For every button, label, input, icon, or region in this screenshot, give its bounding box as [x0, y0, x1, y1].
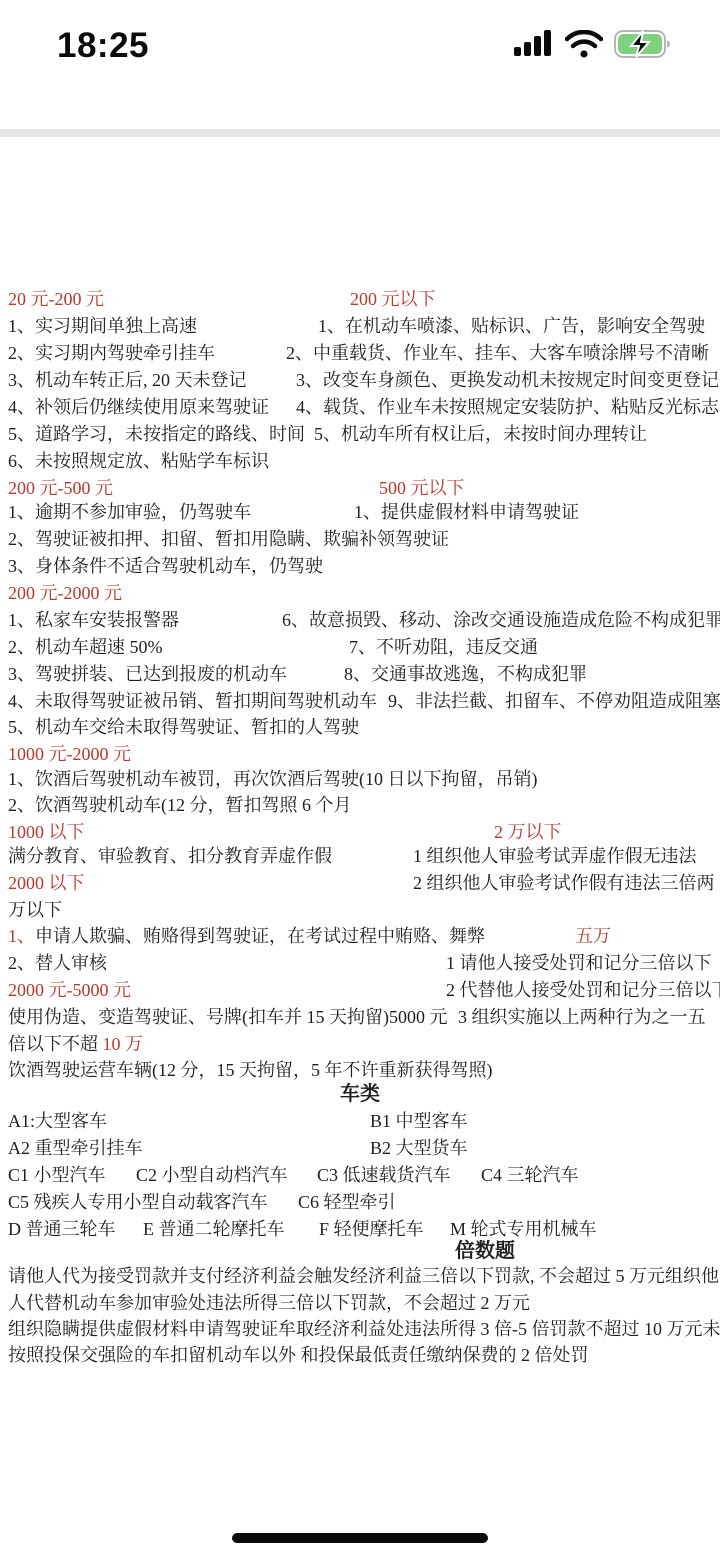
text-column: C1 小型汽车 — [8, 1162, 106, 1189]
text-segment: B1 中型客车 — [370, 1111, 468, 1131]
text-column: 1、实习期间单独上高速 — [8, 313, 197, 340]
text-column: 万以下 — [8, 897, 62, 924]
text-line: 5、道路学习，未按指定的路线、时间5、机动车所有权让后，未按时间办理转让 — [0, 421, 720, 448]
text-column: 1、在机动车喷漆、贴标识、广告，影响安全驾驶 — [318, 313, 705, 340]
text-column: C3 低速载货汽车 — [317, 1162, 451, 1189]
phone-screen: 18:25 — [0, 0, 720, 1558]
text-line: 1、申请人欺骗、贿赂得到驾驶证，在考试过程中贿赂、舞弊五万 — [0, 923, 720, 950]
text-segment: 万以下 — [8, 900, 62, 920]
text-line: 2、实习期内驾驶牵引挂车2、中重载货、作业车、挂车、大客车喷涂牌号不清晰 — [0, 340, 720, 367]
text-column: 3 组织实施以上两种行为之一五 — [458, 1004, 706, 1031]
text-line: 按照投保交强险的车扣留机动车以外 和投保最低责任缴纳保费的 2 倍处罚 — [0, 1342, 720, 1369]
text-segment: 2、驾驶证被扣押、扣留、暂扣用隐瞒、欺骗补领驾驶证 — [8, 529, 449, 549]
text-segment: 1、在机动车喷漆、贴标识、广告，影响安全驾驶 — [318, 316, 705, 336]
text-line: 1、逾期不参加审验，仍驾驶车1、提供虚假材料申请驾驶证 — [0, 499, 720, 526]
text-line: 5、机动车交给未取得驾驶证、暂扣的人驾驶 — [0, 714, 720, 741]
text-column: A2 重型牵引挂车 — [8, 1135, 143, 1162]
text-segment: 倍以下不超 — [8, 1034, 103, 1054]
text-column: 组织隐瞒提供虚假材料申请驾驶证牟取经济利益处违法所得 3 倍-5 倍罚款不超过 … — [8, 1316, 720, 1343]
text-line: 3、机动车转正后, 20 天未登记3、改变车身颜色、更换发动机未按规定时间变更登… — [0, 367, 720, 394]
text-segment: 1、逾期不参加审验，仍驾驶车 — [8, 502, 251, 522]
text-segment: 7、不听劝阻，违反交通 — [349, 637, 538, 657]
text-column: 2、机动车超速 50% — [8, 634, 163, 661]
text-segment: 2000 元-5000 元 — [8, 980, 131, 1000]
text-column: 3、改变车身颜色、更换发动机未按规定时间变更登记 — [296, 367, 719, 394]
text-segment: C1 小型汽车 — [8, 1165, 106, 1185]
text-column: 200 元-500 元 — [8, 475, 113, 502]
text-segment: 饮酒驾驶运营车辆(12 分，15 天拘留，5 年不许重新获得驾照) — [8, 1060, 493, 1080]
text-column: 2、替人审核 — [8, 950, 107, 977]
text-segment: 1、私家车安装报警器 — [8, 610, 179, 630]
text-segment: C4 三轮汽车 — [481, 1165, 579, 1185]
text-line: 3、驾驶拼装、已达到报废的机动车8、交通事故逃逸，不构成犯罪 — [0, 661, 720, 688]
text-line: C5 残疾人专用小型自动载客汽车C6 轻型牵引 — [0, 1189, 720, 1216]
text-line: 车类 — [0, 1081, 720, 1108]
text-segment: M 轮式专用机械车 — [450, 1219, 597, 1239]
text-segment: C2 小型自动档汽车 — [136, 1165, 288, 1185]
text-column: 8、交通事故逃逸，不构成犯罪 — [344, 661, 587, 688]
text-line: 2、饮酒驾驶机动车(12 分，暂扣驾照 6 个月 — [0, 792, 720, 819]
text-column: 500 元以下 — [379, 475, 465, 502]
text-column: 6、故意损毁、移动、涂改交通设施造成危险不构成犯罪 — [282, 607, 720, 634]
text-line: 3、身体条件不适合驾驶机动车，仍驾驶 — [0, 553, 720, 580]
text-column: 按照投保交强险的车扣留机动车以外 和投保最低责任缴纳保费的 2 倍处罚 — [8, 1342, 589, 1369]
text-column: 1 请他人接受处罚和记分三倍以下 — [446, 950, 712, 977]
text-column: 2 代替他人接受处罚和记分三倍以下 — [446, 977, 720, 1004]
text-column: 3、身体条件不适合驾驶机动车，仍驾驶 — [8, 553, 323, 580]
text-line: 1000 以下2 万以下 — [0, 819, 720, 846]
text-segment: 倍数题 — [455, 1240, 515, 1262]
text-column: 使用伪造、变造驾驶证、号牌(扣车并 15 天拘留)5000 元 — [8, 1004, 448, 1031]
text-column: C5 残疾人专用小型自动载客汽车 — [8, 1189, 268, 1216]
text-segment: 20 元-200 元 — [8, 289, 104, 309]
text-line: 2000 元-5000 元2 代替他人接受处罚和记分三倍以下 — [0, 977, 720, 1004]
document-body: 20 元-200 元200 元以下1、实习期间单独上高速1、在机动车喷漆、贴标识… — [0, 0, 720, 1558]
text-line: 饮酒驾驶运营车辆(12 分，15 天拘留，5 年不许重新获得驾照) — [0, 1057, 720, 1084]
text-column: 4、未取得驾驶证被吊销、暂扣期间驾驶机动车 — [8, 688, 377, 715]
text-segment: 5、机动车交给未取得驾驶证、暂扣的人驾驶 — [8, 717, 359, 737]
home-indicator-bar[interactable] — [232, 1533, 488, 1543]
text-segment: 1、实习期间单独上高速 — [8, 316, 197, 336]
text-segment: 200 元以下 — [350, 289, 436, 309]
text-segment: 10 万 — [103, 1034, 144, 1054]
text-line: 200 元-2000 元 — [0, 580, 720, 607]
text-line: C1 小型汽车C2 小型自动档汽车C3 低速载货汽车C4 三轮汽车 — [0, 1162, 720, 1189]
text-segment: C5 残疾人专用小型自动载客汽车 — [8, 1192, 268, 1212]
text-column: 2、饮酒驾驶机动车(12 分，暂扣驾照 6 个月 — [8, 792, 352, 819]
text-segment: 1、饮酒后驾驶机动车被罚，再次饮酒后驾驶(10 日以下拘留，吊销) — [8, 769, 538, 789]
text-line: 2、替人审核1 请他人接受处罚和记分三倍以下 — [0, 950, 720, 977]
text-line: 万以下 — [0, 897, 720, 924]
text-line: 请他人代为接受罚款并支付经济利益会触发经济利益三倍以下罚款, 不会超过 5 万元… — [0, 1263, 720, 1290]
text-segment: 4、载货、作业车未按照规定安装防护、粘贴反光标志 — [296, 397, 719, 417]
text-segment: 人代替机动车参加审验处违法所得三倍以下罚款，不会超过 2 万元 — [8, 1293, 530, 1313]
text-segment: 500 元以下 — [379, 478, 465, 498]
text-column: 车类 — [340, 1081, 380, 1108]
text-line: 组织隐瞒提供虚假材料申请驾驶证牟取经济利益处违法所得 3 倍-5 倍罚款不超过 … — [0, 1316, 720, 1343]
text-column: 2、实习期内驾驶牵引挂车 — [8, 340, 215, 367]
text-column: 200 元以下 — [350, 286, 436, 313]
text-segment: 200 元-500 元 — [8, 478, 113, 498]
text-segment: 使用伪造、变造驾驶证、号牌(扣车并 15 天拘留)5000 元 — [8, 1007, 448, 1027]
text-column: 5、机动车交给未取得驾驶证、暂扣的人驾驶 — [8, 714, 359, 741]
text-column: 1、申请人欺骗、贿赂得到驾驶证，在考试过程中贿赂、舞弊 — [8, 923, 485, 950]
text-segment: B2 大型货车 — [370, 1138, 468, 1158]
text-column: 1000 以下 — [8, 819, 85, 846]
text-segment: 1000 元-2000 元 — [8, 744, 131, 764]
text-segment: 3、改变车身颜色、更换发动机未按规定时间变更登记 — [296, 370, 719, 390]
text-segment: 1000 以下 — [8, 822, 85, 842]
text-line: A1:大型客车B1 中型客车 — [0, 1108, 720, 1135]
text-column: 2000 元-5000 元 — [8, 977, 131, 1004]
text-line: 1、私家车安装报警器6、故意损毁、移动、涂改交通设施造成危险不构成犯罪 — [0, 607, 720, 634]
text-column: C2 小型自动档汽车 — [136, 1162, 288, 1189]
text-segment: 车类 — [340, 1083, 380, 1105]
text-segment: C6 轻型牵引 — [298, 1192, 396, 1212]
text-segment: 3、驾驶拼装、已达到报废的机动车 — [8, 664, 287, 684]
text-segment: A2 重型牵引挂车 — [8, 1138, 143, 1158]
text-line: 200 元-500 元500 元以下 — [0, 475, 720, 502]
text-line: 2、驾驶证被扣押、扣留、暂扣用隐瞒、欺骗补领驾驶证 — [0, 526, 720, 553]
text-column: 9、非法拦截、扣留车、不停劝阻造成阻塞 — [388, 688, 720, 715]
text-segment: A1:大型客车 — [8, 1111, 107, 1131]
text-column: 5、道路学习，未按指定的路线、时间 — [8, 421, 305, 448]
text-column: 满分教育、审验教育、扣分教育弄虚作假 — [8, 843, 332, 870]
text-line: 满分教育、审验教育、扣分教育弄虚作假1 组织他人审验考试弄虚作假无违法 — [0, 843, 720, 870]
text-column: 五万 — [575, 923, 611, 950]
text-line: 2000 以下2 组织他人审验考试作假有违法三倍两 — [0, 870, 720, 897]
text-line: 6、未按照规定放、粘贴学车标识 — [0, 448, 720, 475]
text-segment: 2 代替他人接受处罚和记分三倍以下 — [446, 980, 720, 1000]
text-line: 倍以下不超 10 万 — [0, 1031, 720, 1058]
text-segment: 1 请他人接受处罚和记分三倍以下 — [446, 953, 712, 973]
text-line: 1、饮酒后驾驶机动车被罚，再次饮酒后驾驶(10 日以下拘留，吊销) — [0, 766, 720, 793]
text-column: A1:大型客车 — [8, 1108, 107, 1135]
text-column: 1、私家车安装报警器 — [8, 607, 179, 634]
text-column: 倍以下不超 10 万 — [8, 1031, 143, 1058]
text-column: C6 轻型牵引 — [298, 1189, 396, 1216]
text-column: 3、驾驶拼装、已达到报废的机动车 — [8, 661, 287, 688]
text-line: 人代替机动车参加审验处违法所得三倍以下罚款，不会超过 2 万元 — [0, 1290, 720, 1317]
text-segment: 4、补领后仍继续使用原来驾驶证 — [8, 397, 269, 417]
text-line: 1000 元-2000 元 — [0, 741, 720, 768]
text-segment: 1、提供虚假材料申请驾驶证 — [354, 502, 579, 522]
text-line: 20 元-200 元200 元以下 — [0, 286, 720, 313]
text-column: 2 万以下 — [494, 819, 562, 846]
text-segment: 按照投保交强险的车扣留机动车以外 和投保最低责任缴纳保费的 2 倍处罚 — [8, 1345, 589, 1365]
text-segment: 2 组织他人审验考试作假有违法三倍两 — [413, 873, 715, 893]
text-segment: 2、中重载货、作业车、挂车、大客车喷涂牌号不清晰 — [286, 343, 709, 363]
text-column: 2、驾驶证被扣押、扣留、暂扣用隐瞒、欺骗补领驾驶证 — [8, 526, 449, 553]
text-segment: 1、 — [8, 926, 35, 946]
text-column: C4 三轮汽车 — [481, 1162, 579, 1189]
text-segment: 2、实习期内驾驶牵引挂车 — [8, 343, 215, 363]
text-column: 6、未按照规定放、粘贴学车标识 — [8, 448, 269, 475]
text-segment: 满分教育、审验教育、扣分教育弄虚作假 — [8, 846, 332, 866]
text-segment: 1 组织他人审验考试弄虚作假无违法 — [413, 846, 697, 866]
text-line: A2 重型牵引挂车B2 大型货车 — [0, 1135, 720, 1162]
text-column: 1000 元-2000 元 — [8, 741, 131, 768]
text-column: 倍数题 — [455, 1238, 515, 1265]
text-line: 4、补领后仍继续使用原来驾驶证4、载货、作业车未按照规定安装防护、粘贴反光标志 — [0, 394, 720, 421]
text-segment: 200 元-2000 元 — [8, 583, 122, 603]
text-column: 1、饮酒后驾驶机动车被罚，再次饮酒后驾驶(10 日以下拘留，吊销) — [8, 766, 538, 793]
text-line: 2、机动车超速 50%7、不听劝阻，违反交通 — [0, 634, 720, 661]
text-line: 1、实习期间单独上高速1、在机动车喷漆、贴标识、广告，影响安全驾驶 — [0, 313, 720, 340]
text-line: 倍数题 — [0, 1238, 720, 1265]
text-segment: 申请人欺骗、贿赂得到驾驶证，在考试过程中贿赂、舞弊 — [35, 926, 485, 946]
text-segment: 4、未取得驾驶证被吊销、暂扣期间驾驶机动车 — [8, 691, 377, 711]
text-column: 2 组织他人审验考试作假有违法三倍两 — [413, 870, 715, 897]
text-segment: 3、机动车转正后, 20 天未登记 — [8, 370, 247, 390]
text-segment: C3 低速载货汽车 — [317, 1165, 451, 1185]
text-column: 2、中重载货、作业车、挂车、大客车喷涂牌号不清晰 — [286, 340, 709, 367]
text-column: 3、机动车转正后, 20 天未登记 — [8, 367, 247, 394]
text-segment: F 轻便摩托车 — [319, 1219, 424, 1239]
text-segment: 9、非法拦截、扣留车、不停劝阻造成阻塞 — [388, 691, 720, 711]
text-segment: 6、故意损毁、移动、涂改交通设施造成危险不构成犯罪 — [282, 610, 720, 630]
text-column: 20 元-200 元 — [8, 286, 104, 313]
text-segment: D 普通三轮车 — [8, 1219, 116, 1239]
text-segment: 2000 以下 — [8, 873, 85, 893]
text-segment: 五万 — [575, 926, 611, 946]
text-column: 请他人代为接受罚款并支付经济利益会触发经济利益三倍以下罚款, 不会超过 5 万元… — [8, 1263, 719, 1290]
text-column: 4、载货、作业车未按照规定安装防护、粘贴反光标志 — [296, 394, 719, 421]
text-segment: 请他人代为接受罚款并支付经济利益会触发经济利益三倍以下罚款, 不会超过 5 万元… — [8, 1266, 719, 1286]
text-segment: 8、交通事故逃逸，不构成犯罪 — [344, 664, 587, 684]
text-segment: 组织隐瞒提供虚假材料申请驾驶证牟取经济利益处违法所得 3 倍-5 倍罚款不超过 … — [8, 1319, 720, 1339]
text-column: B2 大型货车 — [370, 1135, 468, 1162]
text-column: 2000 以下 — [8, 870, 85, 897]
text-column: 5、机动车所有权让后，未按时间办理转让 — [314, 421, 647, 448]
text-column: 饮酒驾驶运营车辆(12 分，15 天拘留，5 年不许重新获得驾照) — [8, 1057, 493, 1084]
text-segment: 5、道路学习，未按指定的路线、时间 — [8, 424, 305, 444]
text-segment: 5、机动车所有权让后，未按时间办理转让 — [314, 424, 647, 444]
text-column: 1、提供虚假材料申请驾驶证 — [354, 499, 579, 526]
text-segment: 3 组织实施以上两种行为之一五 — [458, 1007, 706, 1027]
text-segment: 2、替人审核 — [8, 953, 107, 973]
text-segment: 6、未按照规定放、粘贴学车标识 — [8, 451, 269, 471]
text-column: 1 组织他人审验考试弄虚作假无违法 — [413, 843, 697, 870]
text-column: B1 中型客车 — [370, 1108, 468, 1135]
text-segment: 3、身体条件不适合驾驶机动车，仍驾驶 — [8, 556, 323, 576]
text-segment: 2 万以下 — [494, 822, 562, 842]
text-segment: E 普通二轮摩托车 — [143, 1219, 285, 1239]
text-column: 200 元-2000 元 — [8, 580, 122, 607]
text-segment: 2、饮酒驾驶机动车(12 分，暂扣驾照 6 个月 — [8, 795, 352, 815]
text-line: 4、未取得驾驶证被吊销、暂扣期间驾驶机动车9、非法拦截、扣留车、不停劝阻造成阻塞 — [0, 688, 720, 715]
text-segment: 2、机动车超速 50% — [8, 637, 163, 657]
text-column: 7、不听劝阻，违反交通 — [349, 634, 538, 661]
text-column: 人代替机动车参加审验处违法所得三倍以下罚款，不会超过 2 万元 — [8, 1290, 530, 1317]
text-line: 使用伪造、变造驾驶证、号牌(扣车并 15 天拘留)5000 元3 组织实施以上两… — [0, 1004, 720, 1031]
text-column: 4、补领后仍继续使用原来驾驶证 — [8, 394, 269, 421]
text-column: 1、逾期不参加审验，仍驾驶车 — [8, 499, 251, 526]
